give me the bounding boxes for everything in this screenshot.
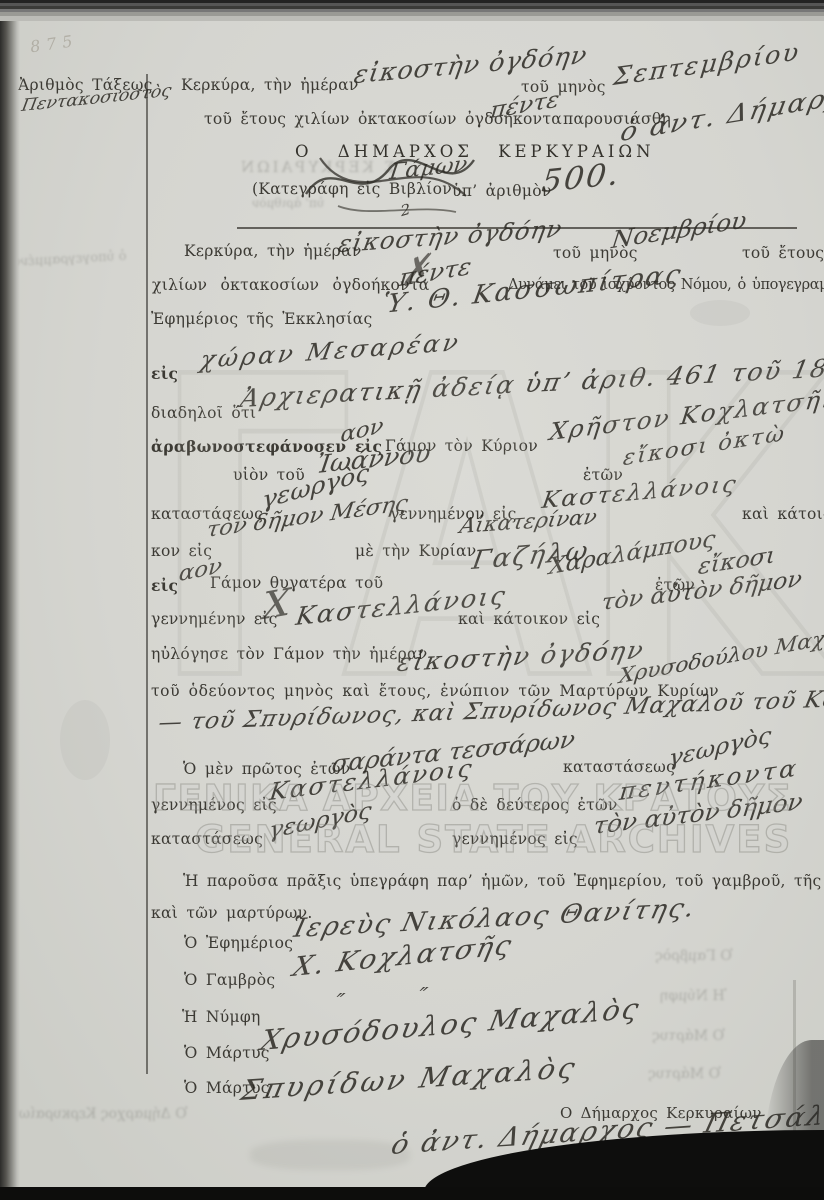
bride-mark: ″ [415, 984, 429, 1009]
registration-number-handwritten: 500. [540, 156, 622, 200]
bleedthrough-text: ὁ ὑπογεγραμμένος [5, 249, 127, 270]
scan-edge-top [0, 0, 824, 21]
witness1-signature: Χρυσόδουλος Μαχαλὸς [258, 992, 643, 1057]
registration-month-handwritten: Σεπτεμβρίου [612, 37, 802, 91]
witness2-status-label: καταστάσεως [151, 830, 263, 848]
margin-vertical-rule [146, 74, 148, 1074]
bride-born-label: γεννημένην εἰς [151, 610, 278, 628]
closing-line-2: καὶ τῶν μαρτύρων. [151, 904, 313, 922]
witness1-name-handwritten: Χρυσοδούλου Μαχαλοῦ [618, 616, 824, 688]
paper-stain [60, 700, 110, 780]
act-day-handwritten: εἰκοστὴν ὀγδόην [336, 215, 565, 258]
bride-father-handwritten: Χαραλάμπους [548, 526, 716, 580]
bride-signature-label: Ἡ Νύμφη [182, 1008, 261, 1026]
daughter-label: Γάμον θυγατέρα τοῦ [210, 574, 383, 592]
bleedthrough-text: Ὁ Μάρτυς [652, 1028, 725, 1044]
bleedthrough-text: Ὁ Δήμαρχος Κερκυραίων [10, 1106, 187, 1122]
closing-line-1: Ἡ παροῦσα πρᾶξις ὑπεγράφη παρ’ ἡμῶν, τοῦ… [183, 872, 824, 890]
priest-label: Ἐφημέριος τῆς Ἐκκλησίας [151, 310, 372, 328]
bride-resident-label: καὶ κάτοικον εἰς [458, 610, 600, 628]
witness2-born-label: γεννημένος εἰς [452, 830, 578, 848]
priest-signature-label: Ὁ Ἐφημέριος [184, 934, 293, 952]
at-label: εἰς [151, 364, 178, 383]
second-witness-label: ὁ δὲ δεύτερος ἐτῶν [452, 796, 618, 814]
bride-intro-label: μὲ τὴν Κυρίαν [355, 542, 477, 560]
bride-mark: ″ [332, 990, 346, 1015]
resident-label-a: καὶ κάτοι- [742, 505, 824, 523]
scanned-marriage-register-page: Σ ΚΕΡΚΥΡΑΙΩΝ ὑπ’ ἀριθμὸν Ὁ Δήμαρχος Κερκ… [0, 0, 824, 1200]
act-month-handwritten: Νοεμβρίου [610, 206, 748, 254]
book-binding-edge [0, 0, 20, 1200]
smudge [250, 1140, 410, 1170]
groom-signature-label: Ὁ Γαμβρὸς [184, 971, 275, 989]
x-flourish-handwritten: Χ [262, 580, 291, 628]
parish-handwritten: χώραν Μεσαρέαν [198, 328, 463, 374]
witness1-born-label: γεννημένος εἰς [151, 796, 277, 814]
witness1-signature-label: Ὁ Μάρτυς [184, 1044, 270, 1062]
paper-stain [690, 300, 750, 326]
at-label-2: εἰς [151, 576, 178, 595]
registration-place-date-label: Κερκύρα, τὴν ἡμέραν [181, 76, 359, 94]
act-year-label: τοῦ ἔτους [742, 244, 824, 262]
wedding-day-handwritten: εἰκοστὴν ὀγδόην [395, 635, 648, 677]
witness2-status-handwritten: γεωργὸς [268, 798, 372, 844]
bleedthrough-text: Ἡ Νύμφη [660, 988, 726, 1004]
blessed-label: ηὐλόγησε τὸν Γάμον τὴν ἡμέραν [151, 645, 428, 663]
pencil-page-number: 875 [29, 31, 80, 57]
scan-edge-bottom [0, 1187, 824, 1200]
act-place-date-label: Κερκύρα, τὴν ἡμέραν [184, 242, 362, 260]
bleedthrough-text: Ὁ Γαμβρὸς [655, 948, 732, 964]
witness2-signature: Σπυρίδων Μαχαλὸς [238, 1051, 581, 1107]
bleedthrough-text: Ὁ Μάρτυς [648, 1066, 721, 1082]
book-mark-handwritten: 2 [399, 200, 411, 220]
